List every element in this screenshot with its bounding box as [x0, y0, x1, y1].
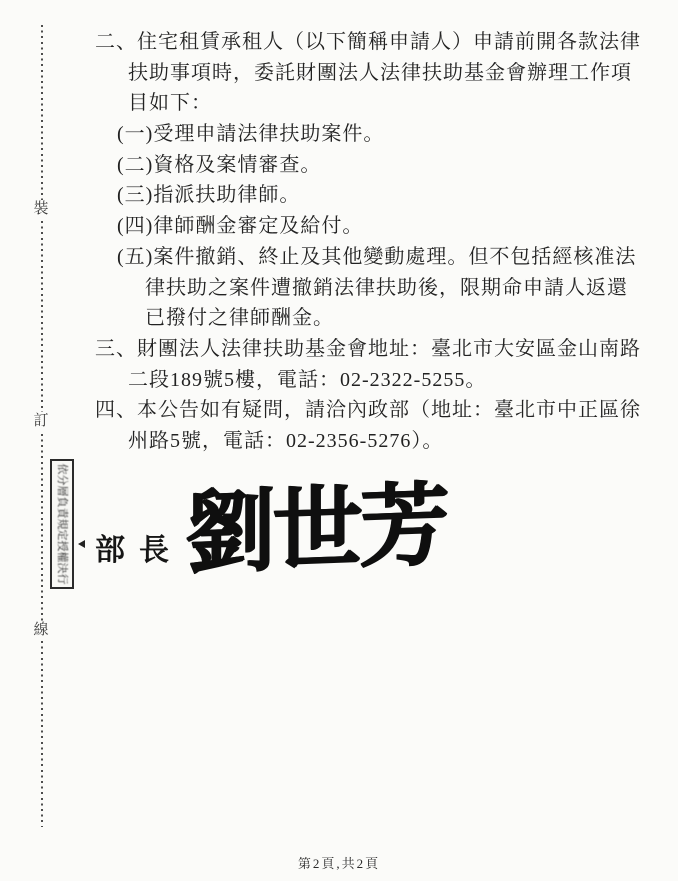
doc-line: 扶助事項時，委託財團法人法律扶助基金會辦理工作項 — [128, 58, 640, 89]
signer-title: 部長 — [95, 525, 183, 569]
scanned-document-page: { "margin": { "binding": ["裝", "訂", "線"]… — [0, 0, 678, 881]
doc-line: (三)指派扶助律師。 — [117, 180, 640, 211]
doc-line: (一)受理申請法律扶助案件。 — [117, 119, 640, 150]
doc-line: 二、住宅租賃承租人（以下簡稱申請人）申請前開各款法律 — [95, 27, 640, 58]
doc-line: 目如下： — [128, 88, 640, 119]
binding-label-ding: 訂 — [31, 412, 51, 430]
doc-line: (四)律師酬金審定及給付。 — [117, 211, 640, 242]
binding-label-xian: 線 — [31, 621, 51, 639]
doc-line: (五)案件撤銷、終止及其他變動處理。但不包括經核准法 — [117, 242, 640, 273]
doc-line: 二段189號5樓，電話：02-2322-5255。 — [128, 365, 640, 396]
doc-line: 州路5號，電話：02-2356-5276）。 — [128, 426, 640, 457]
document-body: 二、住宅租賃承租人（以下簡稱申請人）申請前開各款法律 扶助事項時，委託財團法人法… — [95, 27, 640, 457]
doc-line: 律扶助之案件遭撤銷法律扶助後，限期命申請人返還 — [145, 273, 640, 304]
doc-line: (二)資格及案情審查。 — [117, 150, 640, 181]
scan-artifact-mark — [78, 540, 85, 548]
authorization-stamp: 依分層負責規定授權決行 — [50, 459, 74, 589]
page-number: 第2頁,共2頁 — [0, 853, 678, 872]
stamp-text: 依分層負責規定授權決行 — [52, 461, 72, 587]
signer-name-calligraphy: 劉世芳 — [185, 473, 446, 587]
doc-line: 四、本公告如有疑問，請洽內政部（地址：臺北市中正區徐 — [95, 395, 640, 426]
binding-label-zhuang: 裝 — [31, 200, 51, 218]
doc-line: 已撥付之律師酬金。 — [145, 303, 640, 334]
doc-line: 三、財團法人法律扶助基金會地址：臺北市大安區金山南路 — [95, 334, 640, 365]
signature-block: 部長 劉世芳 — [95, 478, 446, 583]
